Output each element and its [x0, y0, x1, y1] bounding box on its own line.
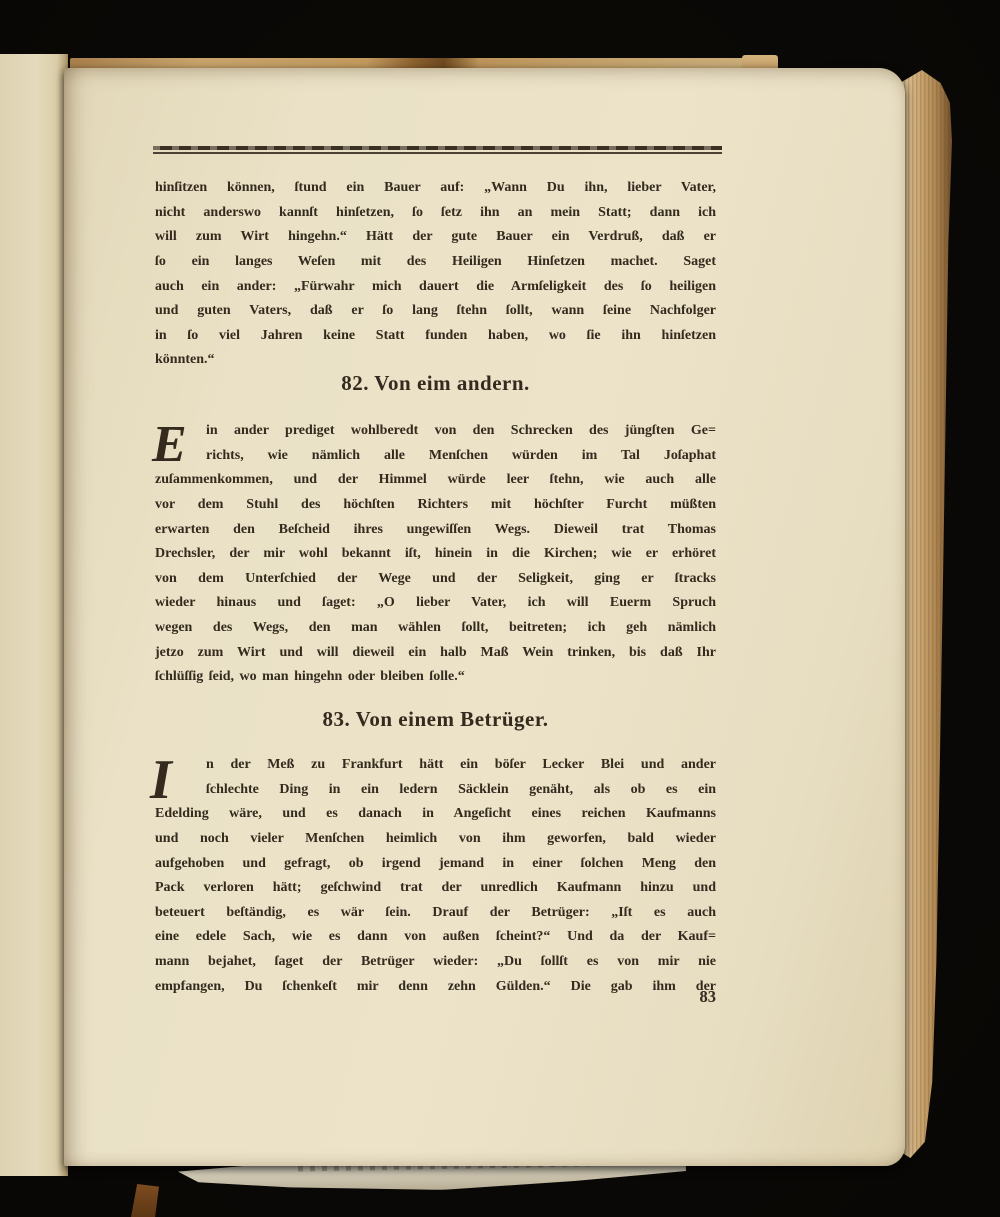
text-line: wegen des Wegs, den man wählen ſollt, be…: [155, 616, 716, 641]
text-line: wieder hinaus und ſaget: „O lieber Vater…: [155, 591, 716, 616]
text-line: vor dem Stuhl des höchſten Richters mit …: [155, 493, 716, 518]
text-line: von dem Unterſchied der Wege und der Sel…: [155, 567, 716, 592]
text-line: erwarten den Beſcheid ihres ungewiſſen W…: [155, 518, 716, 543]
header-rule-thick-line: [153, 146, 722, 150]
photo-of-open-book: { "page": { "page_number": "83", "contin…: [0, 0, 1000, 1217]
cover-fragment: [131, 1184, 159, 1217]
text-line: richts, wie nämlich alle Menſchen würden…: [155, 444, 716, 469]
text-line: aufgehoben und gefragt, ob irgend jemand…: [155, 852, 716, 877]
drop-cap-initial-i: I: [150, 752, 172, 808]
section-82-heading: 82. Von eim andern.: [155, 368, 716, 398]
text-line: Pack verloren hätt; geſchwind trat der u…: [155, 876, 716, 901]
text-line: und noch vieler Menſchen heimlich von ih…: [155, 827, 716, 852]
text-line: ſo ein langes Weſen mit des Heiligen Hin…: [155, 250, 716, 275]
text-line: auch ein ander: „Fürwahr mich dauert die…: [155, 275, 716, 300]
text-line: hinſitzen können, ſtund ein Bauer auf: „…: [155, 176, 716, 201]
text-line: n der Meß zu Frankfurt hätt ein böſer Le…: [155, 753, 716, 778]
text-line: will zum Wirt hingehn.“ Hätt der gute Ba…: [155, 225, 716, 250]
text-line: in ſo viel Jahren keine Statt funden hab…: [155, 324, 716, 349]
text-line: eine edele Sach, wie es dann von außen ſ…: [155, 925, 716, 950]
facing-page-edge: [0, 54, 68, 1176]
text-line: zuſammenkommen, und der Himmel würde lee…: [155, 468, 716, 493]
text-line: ſchlechte Ding in ein ledern Säcklein ge…: [155, 778, 716, 803]
text-line: jetzo zum Wirt und will dieweil ein halb…: [155, 641, 716, 666]
text-line: nicht anderswo kannſt hinſetzen, ſo ſetz…: [155, 201, 716, 226]
header-rule: [153, 146, 722, 154]
text-line: mann bejahet, ſaget der Betrüger wieder:…: [155, 950, 716, 975]
fore-edge-page-stack: [900, 70, 952, 1158]
section-83-heading: 83. Von einem Betrüger.: [155, 704, 716, 734]
text-line: beteuert beſtändig, es wär ſein. Drauf d…: [155, 901, 716, 926]
text-line: Drechsler, der mir wohl bekannt iſt, hin…: [155, 542, 716, 567]
page-number: 83: [155, 987, 716, 1007]
book-page: hinſitzen können, ſtund ein Bauer auf: „…: [64, 68, 905, 1166]
text-line: und guten Vaters, daß er ſo lang ſtehn ſ…: [155, 299, 716, 324]
text-line: ſchlüſſig ſeid, wo man hingehn oder blei…: [155, 665, 716, 690]
drop-cap-initial-e: E: [152, 419, 187, 471]
section-82-paragraph: in ander prediget wohlberedt von den Sch…: [155, 419, 716, 690]
text-line: in ander prediget wohlberedt von den Sch…: [155, 419, 716, 444]
continuation-paragraph: hinſitzen können, ſtund ein Bauer auf: „…: [155, 176, 716, 373]
text-line: Edelding wäre, und es danach in Angeſich…: [155, 802, 716, 827]
header-rule-thin-line: [153, 152, 722, 154]
section-83-paragraph: n der Meß zu Frankfurt hätt ein böſer Le…: [155, 753, 716, 999]
